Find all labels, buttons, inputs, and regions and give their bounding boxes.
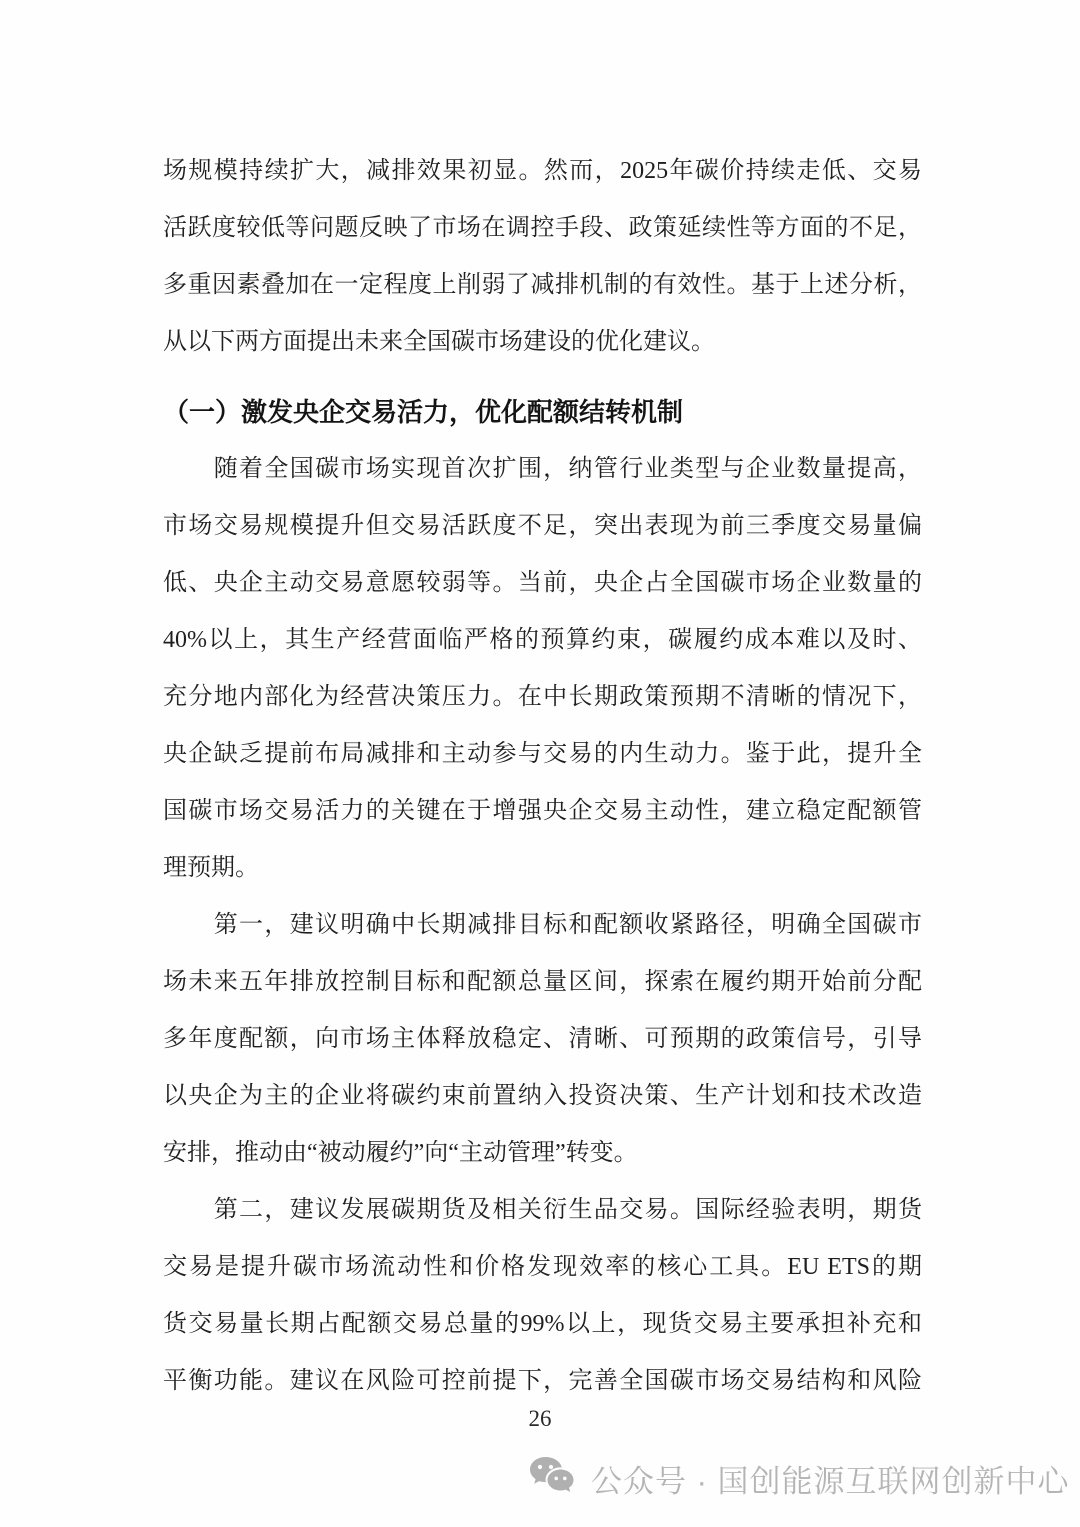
wechat-icon [528,1455,576,1501]
body-text-line: 第一，建议明确中长期减排目标和配额收紧路径，明确全国碳市 [163,897,922,954]
body-text-line: 场规模持续扩大，减排效果初显。然而，2025年碳价持续走低、交易 [163,143,922,200]
body-text-line: 场未来五年排放控制目标和配额总量区间，探索在履约期开始前分配 [163,954,922,1011]
body-text-line: 央企缺乏提前布局减排和主动参与交易的内生动力。鉴于此，提升全 [163,726,922,783]
body-text-line: 多年度配额，向市场主体释放稳定、清晰、可预期的政策信号，引导 [163,1011,922,1068]
body-text-line: 理预期。 [163,840,922,897]
section-heading: （一）激发央企交易活力，优化配额结转机制 [163,384,922,441]
body-text-line: 随着全国碳市场实现首次扩围，纳管行业类型与企业数量提高， [163,441,922,498]
body-text-line: 货交易量长期占配额交易总量的99%以上，现货交易主要承担补充和 [163,1296,922,1353]
body-text-line: 第二，建议发展碳期货及相关衍生品交易。国际经验表明，期货 [163,1182,922,1239]
body-text-line: 充分地内部化为经营决策压力。在中长期政策预期不清晰的情况下， [163,669,922,726]
page-number: 26 [0,1406,1080,1432]
body-text-line: 平衡功能。建议在风险可控前提下，完善全国碳市场交易结构和风险 [163,1353,922,1410]
body-text-line: 多重因素叠加在一定程度上削弱了减排机制的有效性。基于上述分析， [163,257,922,314]
page-body-text: 场规模持续扩大，减排效果初显。然而，2025年碳价持续走低、交易活跃度较低等问题… [163,143,922,1410]
document-page: 场规模持续扩大，减排效果初显。然而，2025年碳价持续走低、交易活跃度较低等问题… [0,0,1080,1527]
body-text-line: 以央企为主的企业将碳约束前置纳入投资决策、生产计划和技术改造 [163,1068,922,1125]
watermark-footer: 公众号 · 国创能源互联网创新中心 [528,1452,1070,1504]
body-text-line: 低、央企主动交易意愿较弱等。当前，央企占全国碳市场企业数量的 [163,555,922,612]
body-text-line: 国碳市场交易活力的关键在于增强央企交易主动性，建立稳定配额管 [163,783,922,840]
body-text-line: 活跃度较低等问题反映了市场在调控手段、政策延续性等方面的不足， [163,200,922,257]
watermark-text: 公众号 · 国创能源互联网创新中心 [591,1456,1070,1501]
body-text-line: 安排，推动由“被动履约”向“主动管理”转变。 [163,1125,922,1182]
body-text-line: 40%以上，其生产经营面临严格的预算约束，碳履约成本难以及时、 [163,612,922,669]
body-text-line: 市场交易规模提升但交易活跃度不足，突出表现为前三季度交易量偏 [163,498,922,555]
body-text-line: 从以下两方面提出未来全国碳市场建设的优化建议。 [163,314,922,371]
body-text-line: 交易是提升碳市场流动性和价格发现效率的核心工具。EU ETS的期 [163,1239,922,1296]
